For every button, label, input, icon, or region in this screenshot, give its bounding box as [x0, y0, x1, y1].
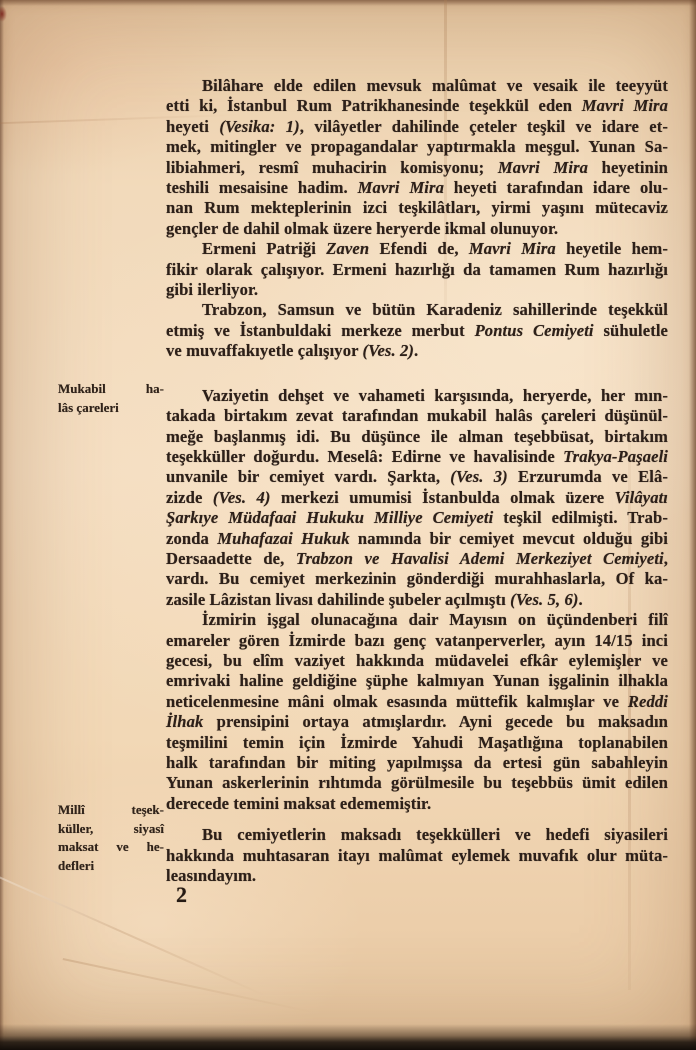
scan-edge-bottom [0, 1024, 696, 1050]
margin-note-line: Mukabil ha- [58, 380, 164, 399]
text-line: halk tarafından bir miting yapılmışsa da… [166, 753, 668, 773]
paper-crease [63, 958, 318, 1014]
text-line: ve muvaffakıyetle çalışıyor (Ves. 2). [166, 341, 668, 361]
text-line: etti ki, İstanbul Rum Patrikhanesinde te… [166, 96, 668, 116]
scan-edge-left [0, 0, 4, 1050]
scanned-book-page: Mukabil ha-lâs çareleri Millî teşek-küll… [0, 0, 696, 1050]
paragraph: Bilâhare elde edilen mevsuk malûmat ve v… [166, 76, 668, 239]
text-line: zasile Lâzistan livası dahilinde şubeler… [166, 590, 668, 610]
text-line: hakkında muhtasaran itayı malûmat eyleme… [166, 846, 668, 866]
margin-note-line: lâs çareleri [58, 399, 164, 418]
page-number: 2 [176, 882, 187, 908]
text-line: nan Rum mekteplerinin izci teşkilâtları,… [166, 198, 668, 218]
red-corner-mark [0, 6, 7, 22]
text-line: Bilâhare elde edilen mevsuk malûmat ve v… [166, 76, 668, 96]
margin-note-line: maksat ve he- [58, 838, 164, 857]
scan-edge-right [689, 0, 696, 1050]
text-line: mek, mitingler ve propagandalar yaptırma… [166, 137, 668, 157]
text-line: Şarkıye Müdafaai Hukuku Milliye Cemiyeti… [166, 508, 668, 528]
margin-note-line: Millî teşek- [58, 801, 164, 820]
text-line: Trabzon, Samsun ve bütün Karadeniz sahil… [166, 300, 668, 320]
text-line: emareler gören İzmirde bazı genç vatanpe… [166, 631, 668, 651]
paragraph: Trabzon, Samsun ve bütün Karadeniz sahil… [166, 300, 668, 361]
paragraph: Vaziyetin dehşet ve vahameti karşısında,… [166, 386, 668, 610]
text-line: leasındayım. [166, 866, 668, 886]
text-line: Yunan askerlerinin rıhtımda görülmesile … [166, 773, 668, 793]
text-line: emrivaki haline geldiğine şüphe kalmıyan… [166, 671, 668, 691]
paragraph: Ermeni Patriği Zaven Efendi de, Mavri Mi… [166, 239, 668, 300]
text-line: teshili mesaisine hadim. Mavri Mira heye… [166, 178, 668, 198]
text-line: unvanile bir cemiyet vardı. Şarkta, (Ves… [166, 467, 668, 487]
text-line: Vaziyetin dehşet ve vahameti karşısında,… [166, 386, 668, 406]
text-line: zonda Muhafazai Hukuk namında bir cemiye… [166, 529, 668, 549]
body-text: Bilâhare elde edilen mevsuk malûmat ve v… [166, 76, 668, 886]
margin-note-mukabil-halas-careleri: Mukabil ha-lâs çareleri [58, 380, 164, 417]
scan-edge-top [0, 0, 696, 6]
text-line: heyeti (Vesika: 1), vilâyetler dahilinde… [166, 117, 668, 137]
text-line: takada birtakım zevat tarafından mukabil… [166, 406, 668, 426]
text-line: gecesi, bu elîm vaziyet hakkında müdavel… [166, 651, 668, 671]
text-line: libiahmeri, resmî muhacirin komisyonu; M… [166, 158, 668, 178]
text-line: neticelenmesine mâni olmak esasında mütt… [166, 692, 668, 712]
margin-note-line: defleri [58, 857, 164, 876]
paragraph: İzmirin işgal olunacağına dair Mayısın o… [166, 610, 668, 814]
text-line: fikir olarak çalışıyor. Ermeni hazırlığı… [166, 260, 668, 280]
margin-note-milli-tesekkuller: Millî teşek-küller, siyasîmaksat ve he-d… [58, 801, 164, 875]
margin-note-line: küller, siyasî [58, 820, 164, 839]
text-line: Ermeni Patriği Zaven Efendi de, Mavri Mi… [166, 239, 668, 259]
text-line: derecede temini maksat edememiştir. [166, 794, 668, 814]
text-line: İzmirin işgal olunacağına dair Mayısın o… [166, 610, 668, 630]
text-line: İlhak prensipini ortaya atmışlardır. Ayn… [166, 712, 668, 732]
text-line: meğe başlanmış idi. Bu düşünce ile alman… [166, 427, 668, 447]
text-line: vardı. Bu cemiyet merkezinin gönderdiği … [166, 569, 668, 589]
text-line: zizde (Ves. 4) merkezi umumisi İstanbuld… [166, 488, 668, 508]
text-line: etmiş ve İstanbuldaki merkeze merbut Pon… [166, 321, 668, 341]
text-line: teşekküller doğurdu. Meselâ: Edirne ve h… [166, 447, 668, 467]
paragraph: Bu cemiyetlerin maksadı teşekkülleri ve … [166, 825, 668, 886]
text-line: Dersaadette de, Trabzon ve Havalisi Adem… [166, 549, 668, 569]
text-line: Bu cemiyetlerin maksadı teşekkülleri ve … [166, 825, 668, 845]
text-line: gençler de dahil olmak üzere heryerde ik… [166, 219, 668, 239]
text-line: teşmilini temin için İzmirde Yahudi Maşa… [166, 733, 668, 753]
text-line: gibi ilerliyor. [166, 280, 668, 300]
